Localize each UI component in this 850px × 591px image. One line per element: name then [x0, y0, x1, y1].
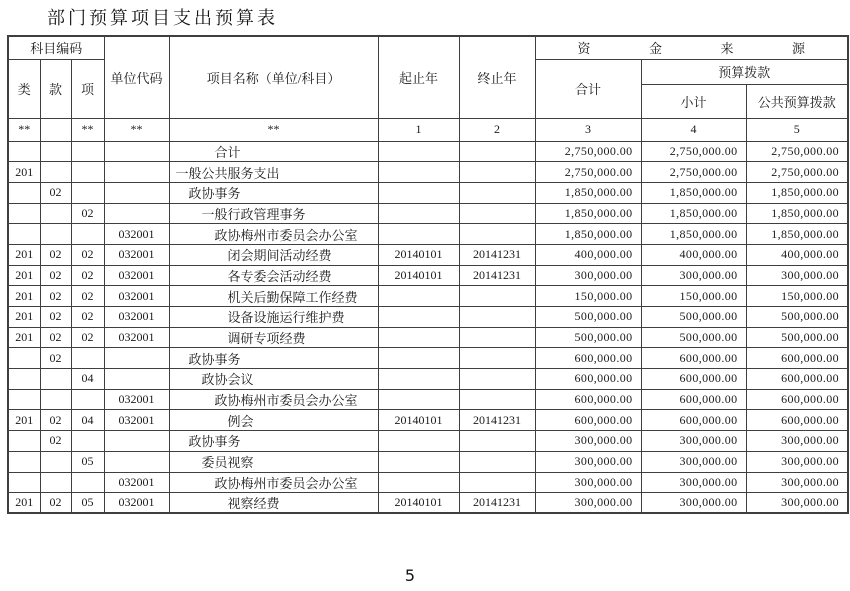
numbering-name: **: [169, 118, 378, 141]
cell-item-code: 02: [71, 203, 104, 224]
cell-unit-code: 032001: [104, 389, 169, 410]
cell-total: 300,000.00: [535, 472, 641, 493]
cell-section-code: 02: [40, 493, 71, 514]
cell-subtotal: 500,000.00: [641, 327, 746, 348]
table-header: 科目编码 单位代码 项目名称（单位/科目） 起止年 终止年 资金来源 类 款 项…: [8, 36, 848, 141]
cell-end-year: [459, 307, 535, 328]
cell-public-budget: 600,000.00: [746, 389, 848, 410]
cell-item-code: 02: [71, 286, 104, 307]
cell-class-code: 201: [8, 265, 40, 286]
cell-end-year: 20141231: [459, 493, 535, 514]
cell-public-budget: 1,850,000.00: [746, 203, 848, 224]
header-public-budget: 公共预算拨款: [746, 84, 848, 118]
cell-unit-code: [104, 348, 169, 369]
cell-subtotal: 2,750,000.00: [641, 162, 746, 183]
column-numbering-row: ** ** ** ** 1 2 3 4 5: [8, 118, 848, 141]
cell-total: 1,850,000.00: [535, 182, 641, 203]
table-row: 201 02 05 032001 视察经费 20140101 20141231 …: [8, 493, 848, 514]
cell-section-code: 02: [40, 327, 71, 348]
cell-section-code: 02: [40, 182, 71, 203]
table-row: 032001 政协梅州市委员会办公室 600,000.00 600,000.00…: [8, 389, 848, 410]
cell-item-code: [71, 162, 104, 183]
cell-start-year: [378, 203, 459, 224]
cell-project-name: 政协会议: [169, 369, 378, 390]
cell-start-year: 20140101: [378, 265, 459, 286]
cell-item-code: [71, 431, 104, 452]
cell-project-name: 政协事务: [169, 182, 378, 203]
cell-class-code: [8, 182, 40, 203]
numbering-unit: **: [104, 118, 169, 141]
cell-item-code: [71, 182, 104, 203]
cell-total: 600,000.00: [535, 348, 641, 369]
cell-total: 600,000.00: [535, 410, 641, 431]
cell-project-name: 各专委会活动经费: [169, 265, 378, 286]
cell-section-code: 02: [40, 244, 71, 265]
cell-start-year: 20140101: [378, 410, 459, 431]
cell-start-year: [378, 286, 459, 307]
cell-subtotal: 300,000.00: [641, 493, 746, 514]
cell-start-year: [378, 141, 459, 162]
cell-end-year: [459, 369, 535, 390]
cell-start-year: [378, 307, 459, 328]
header-section: 款: [40, 59, 71, 118]
table-body: 合计 2,750,000.00 2,750,000.00 2,750,000.0…: [8, 141, 848, 513]
cell-public-budget: 1,850,000.00: [746, 182, 848, 203]
cell-subtotal: 400,000.00: [641, 244, 746, 265]
cell-section-code: [40, 162, 71, 183]
header-fund-source: 资金来源: [535, 36, 848, 59]
table-row: 02 政协事务 600,000.00 600,000.00 600,000.00: [8, 348, 848, 369]
cell-end-year: [459, 141, 535, 162]
cell-class-code: [8, 472, 40, 493]
cell-class-code: [8, 348, 40, 369]
cell-project-name: 一般公共服务支出: [169, 162, 378, 183]
cell-section-code: 02: [40, 431, 71, 452]
cell-section-code: [40, 141, 71, 162]
header-item: 项: [71, 59, 104, 118]
cell-class-code: 201: [8, 493, 40, 514]
cell-public-budget: 600,000.00: [746, 369, 848, 390]
cell-start-year: [378, 369, 459, 390]
cell-unit-code: 032001: [104, 327, 169, 348]
cell-end-year: [459, 451, 535, 472]
cell-start-year: [378, 472, 459, 493]
cell-total: 2,750,000.00: [535, 141, 641, 162]
cell-section-code: 02: [40, 348, 71, 369]
header-start-year: 起止年: [378, 36, 459, 118]
cell-subtotal: 500,000.00: [641, 307, 746, 328]
header-subject-code: 科目编码: [8, 36, 104, 59]
table-row: 05 委员视察 300,000.00 300,000.00 300,000.00: [8, 451, 848, 472]
cell-unit-code: [104, 203, 169, 224]
cell-subtotal: 300,000.00: [641, 472, 746, 493]
table-row: 032001 政协梅州市委员会办公室 1,850,000.00 1,850,00…: [8, 224, 848, 245]
cell-item-code: 02: [71, 244, 104, 265]
cell-unit-code: [104, 431, 169, 452]
table-row: 201 02 02 032001 机关后勤保障工作经费 150,000.00 1…: [8, 286, 848, 307]
cell-unit-code: 032001: [104, 286, 169, 307]
cell-total: 300,000.00: [535, 431, 641, 452]
cell-start-year: [378, 431, 459, 452]
table-row: 032001 政协梅州市委员会办公室 300,000.00 300,000.00…: [8, 472, 848, 493]
cell-public-budget: 300,000.00: [746, 493, 848, 514]
cell-total: 300,000.00: [535, 493, 641, 514]
numbering-item: **: [71, 118, 104, 141]
cell-project-name: 设备设施运行维护费: [169, 307, 378, 328]
cell-section-code: [40, 472, 71, 493]
cell-class-code: 201: [8, 162, 40, 183]
numbering-class: **: [8, 118, 40, 141]
table-row: 02 政协事务 300,000.00 300,000.00 300,000.00: [8, 431, 848, 452]
document-page: 部门预算项目支出预算表 科目编码 单位代码 项目名称（单位/科目） 起止年 终止…: [0, 0, 850, 591]
cell-unit-code: 032001: [104, 224, 169, 245]
numbering-end: 2: [459, 118, 535, 141]
cell-section-code: 02: [40, 265, 71, 286]
cell-start-year: 20140101: [378, 244, 459, 265]
header-total: 合计: [535, 59, 641, 118]
cell-project-name: 一般行政管理事务: [169, 203, 378, 224]
page-number: 5: [396, 566, 424, 585]
cell-unit-code: 032001: [104, 493, 169, 514]
table-row: 201 02 02 032001 调研专项经费 500,000.00 500,0…: [8, 327, 848, 348]
cell-subtotal: 600,000.00: [641, 389, 746, 410]
cell-project-name: 机关后勤保障工作经费: [169, 286, 378, 307]
cell-section-code: [40, 451, 71, 472]
cell-subtotal: 1,850,000.00: [641, 224, 746, 245]
table-row: 201 02 02 032001 设备设施运行维护费 500,000.00 50…: [8, 307, 848, 328]
cell-subtotal: 300,000.00: [641, 265, 746, 286]
cell-end-year: [459, 327, 535, 348]
header-project-name: 项目名称（单位/科目）: [169, 36, 378, 118]
cell-public-budget: 300,000.00: [746, 431, 848, 452]
cell-item-code: [71, 141, 104, 162]
cell-item-code: 05: [71, 451, 104, 472]
cell-class-code: [8, 141, 40, 162]
cell-public-budget: 600,000.00: [746, 410, 848, 431]
cell-public-budget: 300,000.00: [746, 472, 848, 493]
cell-unit-code: [104, 451, 169, 472]
cell-subtotal: 1,850,000.00: [641, 182, 746, 203]
cell-item-code: 02: [71, 327, 104, 348]
table-row: 201 02 02 032001 各专委会活动经费 20140101 20141…: [8, 265, 848, 286]
cell-unit-code: 032001: [104, 410, 169, 431]
cell-end-year: [459, 348, 535, 369]
cell-class-code: 201: [8, 410, 40, 431]
cell-end-year: 20141231: [459, 265, 535, 286]
cell-start-year: 20140101: [378, 493, 459, 514]
cell-start-year: [378, 162, 459, 183]
cell-total: 500,000.00: [535, 307, 641, 328]
table-row: 04 政协会议 600,000.00 600,000.00 600,000.00: [8, 369, 848, 390]
cell-public-budget: 1,850,000.00: [746, 224, 848, 245]
table-row: 合计 2,750,000.00 2,750,000.00 2,750,000.0…: [8, 141, 848, 162]
cell-section-code: 02: [40, 307, 71, 328]
cell-end-year: [459, 203, 535, 224]
numbering-total: 3: [535, 118, 641, 141]
table-row: 02 政协事务 1,850,000.00 1,850,000.00 1,850,…: [8, 182, 848, 203]
cell-start-year: [378, 224, 459, 245]
cell-project-name: 视察经费: [169, 493, 378, 514]
cell-subtotal: 2,750,000.00: [641, 141, 746, 162]
cell-section-code: 02: [40, 410, 71, 431]
cell-project-name: 政协事务: [169, 431, 378, 452]
cell-item-code: 02: [71, 265, 104, 286]
cell-class-code: [8, 203, 40, 224]
cell-item-code: 04: [71, 410, 104, 431]
fund-source-label: 资金来源: [578, 38, 849, 57]
cell-class-code: [8, 369, 40, 390]
cell-end-year: [459, 224, 535, 245]
cell-subtotal: 1,850,000.00: [641, 203, 746, 224]
cell-start-year: [378, 348, 459, 369]
cell-project-name: 委员视察: [169, 451, 378, 472]
cell-subtotal: 300,000.00: [641, 451, 746, 472]
cell-subtotal: 600,000.00: [641, 348, 746, 369]
cell-public-budget: 300,000.00: [746, 451, 848, 472]
cell-public-budget: 600,000.00: [746, 348, 848, 369]
cell-item-code: [71, 224, 104, 245]
cell-public-budget: 150,000.00: [746, 286, 848, 307]
cell-unit-code: 032001: [104, 307, 169, 328]
cell-start-year: [378, 182, 459, 203]
cell-start-year: [378, 389, 459, 410]
cell-total: 300,000.00: [535, 451, 641, 472]
cell-end-year: [459, 286, 535, 307]
cell-item-code: 04: [71, 369, 104, 390]
cell-class-code: [8, 431, 40, 452]
header-subtotal: 小计: [641, 84, 746, 118]
cell-public-budget: 400,000.00: [746, 244, 848, 265]
cell-unit-code: 032001: [104, 472, 169, 493]
numbering-section: [40, 118, 71, 141]
cell-unit-code: [104, 369, 169, 390]
cell-total: 1,850,000.00: [535, 224, 641, 245]
cell-unit-code: [104, 162, 169, 183]
cell-section-code: [40, 224, 71, 245]
cell-end-year: [459, 472, 535, 493]
cell-unit-code: [104, 141, 169, 162]
cell-total: 2,750,000.00: [535, 162, 641, 183]
cell-class-code: 201: [8, 244, 40, 265]
table-row: 02 一般行政管理事务 1,850,000.00 1,850,000.00 1,…: [8, 203, 848, 224]
cell-section-code: [40, 203, 71, 224]
cell-start-year: [378, 451, 459, 472]
numbering-public: 5: [746, 118, 848, 141]
cell-project-name: 例会: [169, 410, 378, 431]
header-class: 类: [8, 59, 40, 118]
cell-end-year: 20141231: [459, 410, 535, 431]
cell-total: 300,000.00: [535, 265, 641, 286]
cell-project-name: 政协梅州市委员会办公室: [169, 224, 378, 245]
cell-project-name: 闭会期间活动经费: [169, 244, 378, 265]
cell-total: 400,000.00: [535, 244, 641, 265]
header-budget-allocation: 预算拨款: [641, 59, 848, 84]
table-row: 201 02 04 032001 例会 20140101 20141231 60…: [8, 410, 848, 431]
page-title: 部门预算项目支出预算表: [47, 4, 278, 30]
cell-end-year: [459, 162, 535, 183]
table-row: 201 一般公共服务支出 2,750,000.00 2,750,000.00 2…: [8, 162, 848, 183]
cell-total: 1,850,000.00: [535, 203, 641, 224]
cell-total: 600,000.00: [535, 389, 641, 410]
header-unit-code: 单位代码: [104, 36, 169, 118]
cell-item-code: [71, 389, 104, 410]
cell-item-code: 05: [71, 493, 104, 514]
cell-subtotal: 300,000.00: [641, 431, 746, 452]
cell-item-code: 02: [71, 307, 104, 328]
cell-class-code: [8, 389, 40, 410]
cell-project-name: 政协梅州市委员会办公室: [169, 472, 378, 493]
cell-item-code: [71, 472, 104, 493]
cell-item-code: [71, 348, 104, 369]
cell-subtotal: 600,000.00: [641, 369, 746, 390]
cell-public-budget: 2,750,000.00: [746, 162, 848, 183]
cell-start-year: [378, 327, 459, 348]
cell-project-name: 政协梅州市委员会办公室: [169, 389, 378, 410]
header-end-year: 终止年: [459, 36, 535, 118]
numbering-subtotal: 4: [641, 118, 746, 141]
cell-section-code: [40, 369, 71, 390]
cell-public-budget: 500,000.00: [746, 327, 848, 348]
cell-section-code: 02: [40, 286, 71, 307]
numbering-start: 1: [378, 118, 459, 141]
cell-class-code: 201: [8, 286, 40, 307]
cell-public-budget: 500,000.00: [746, 307, 848, 328]
cell-end-year: [459, 182, 535, 203]
cell-class-code: 201: [8, 327, 40, 348]
cell-project-name: 政协事务: [169, 348, 378, 369]
cell-total: 500,000.00: [535, 327, 641, 348]
cell-project-name: 合计: [169, 141, 378, 162]
cell-end-year: [459, 431, 535, 452]
cell-section-code: [40, 389, 71, 410]
cell-total: 600,000.00: [535, 369, 641, 390]
cell-class-code: [8, 224, 40, 245]
cell-class-code: [8, 451, 40, 472]
table-row: 201 02 02 032001 闭会期间活动经费 20140101 20141…: [8, 244, 848, 265]
cell-total: 150,000.00: [535, 286, 641, 307]
cell-unit-code: 032001: [104, 265, 169, 286]
cell-end-year: 20141231: [459, 244, 535, 265]
cell-unit-code: [104, 182, 169, 203]
cell-unit-code: 032001: [104, 244, 169, 265]
budget-table: 科目编码 单位代码 项目名称（单位/科目） 起止年 终止年 资金来源 类 款 项…: [7, 35, 849, 514]
cell-public-budget: 2,750,000.00: [746, 141, 848, 162]
cell-end-year: [459, 389, 535, 410]
cell-public-budget: 300,000.00: [746, 265, 848, 286]
cell-project-name: 调研专项经费: [169, 327, 378, 348]
cell-class-code: 201: [8, 307, 40, 328]
cell-subtotal: 150,000.00: [641, 286, 746, 307]
cell-subtotal: 600,000.00: [641, 410, 746, 431]
